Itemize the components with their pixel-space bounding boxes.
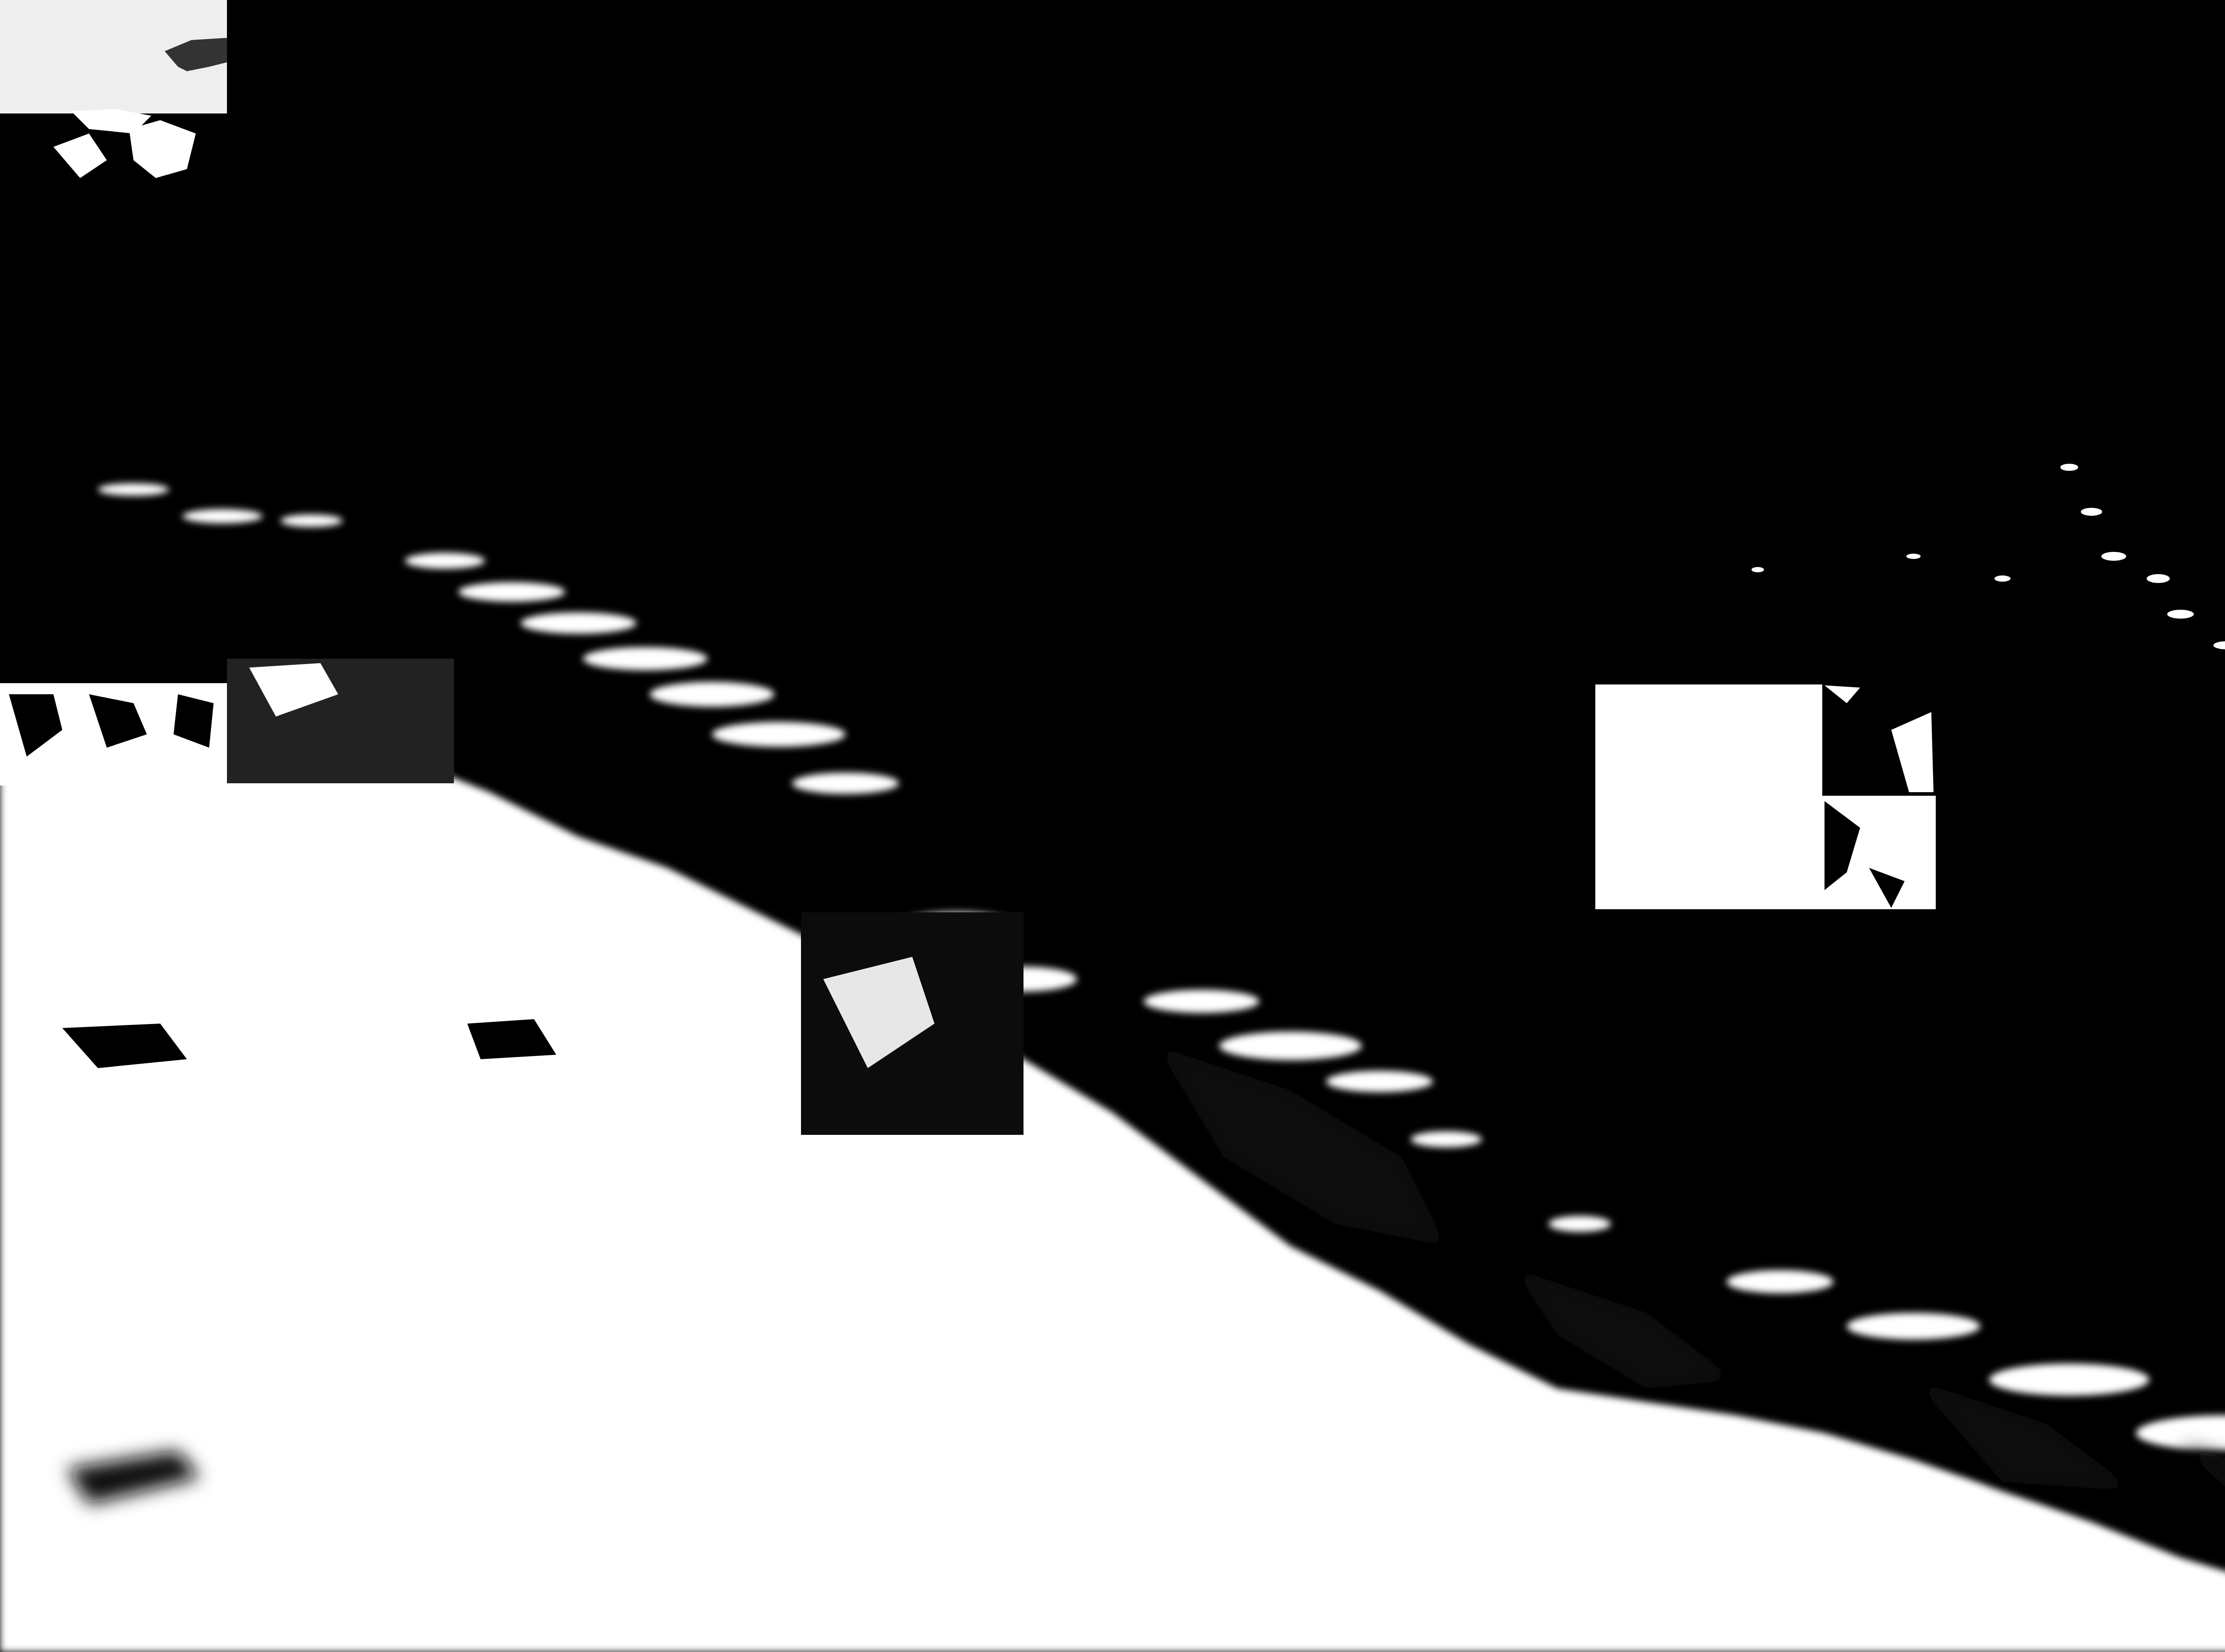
surf-illustration <box>0 0 2225 1652</box>
bright-square-tile <box>1595 684 1936 909</box>
surf-photograph <box>0 0 2225 1652</box>
